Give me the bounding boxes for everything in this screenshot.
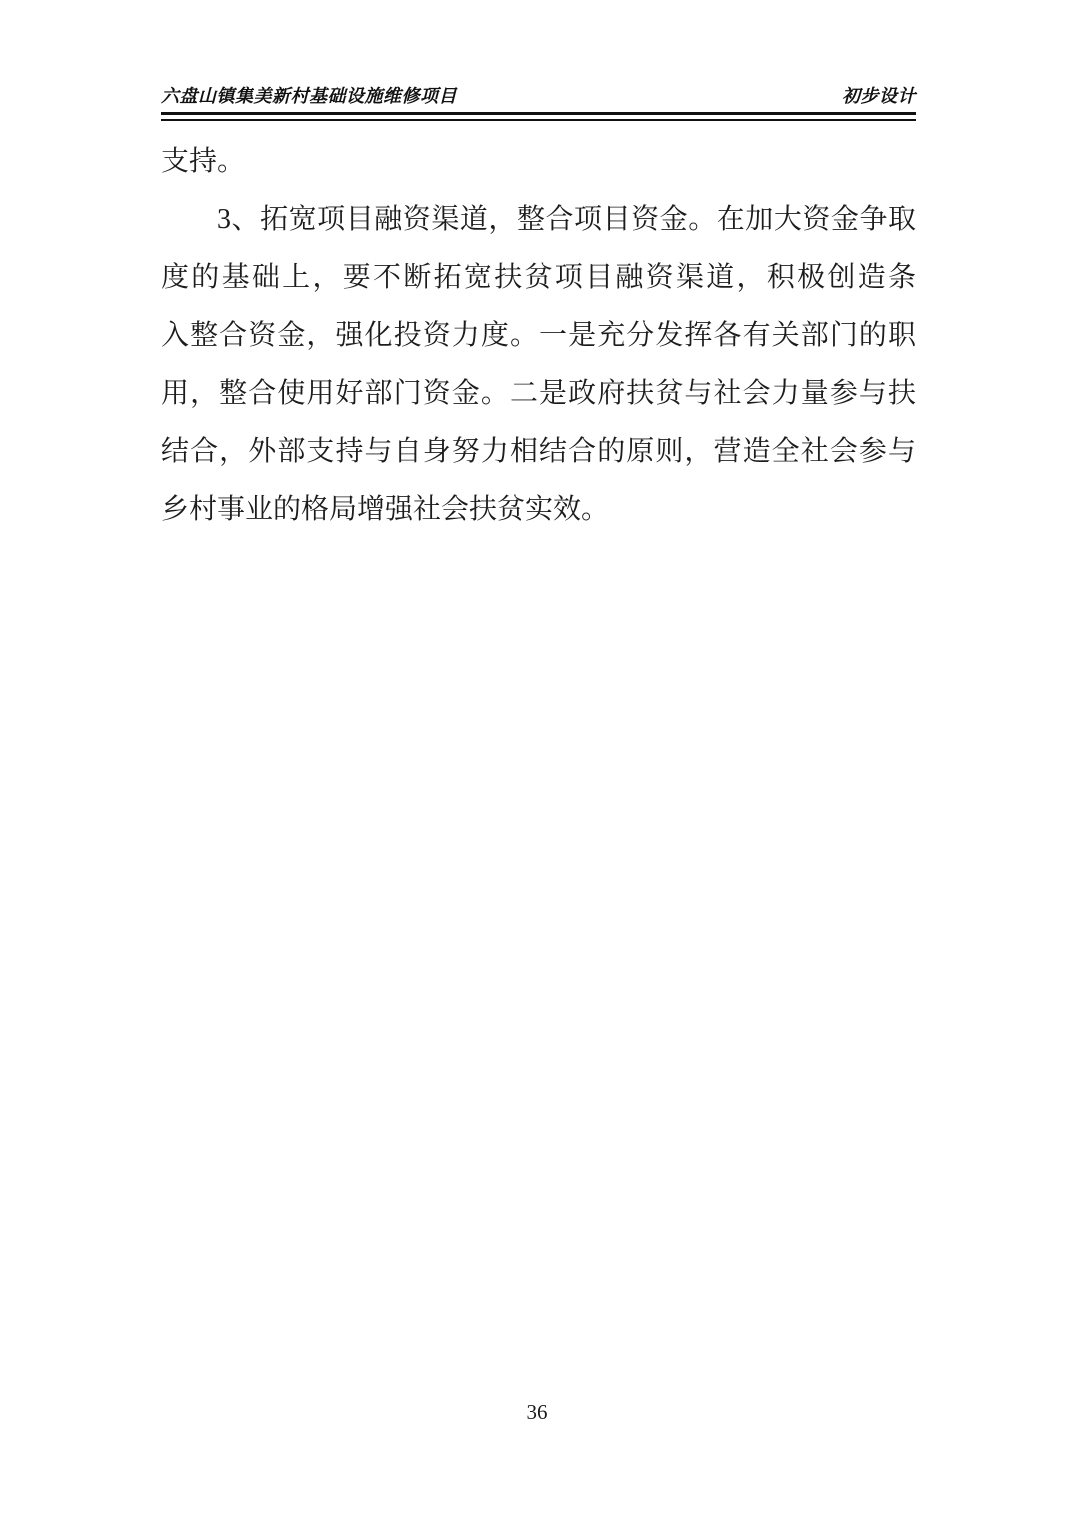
body-line: 用，整合使用好部门资金。二是政府扶贫与社会力量参与扶贫相: [161, 365, 916, 423]
body-line: 支持。: [161, 133, 916, 191]
body-line: 结合，外部支持与自身努力相结合的原则，营造全社会参与美丽: [161, 423, 916, 481]
header-doc-stage-label: 初步设计: [842, 82, 916, 108]
header-project-title: 六盘山镇集美新村基础设施维修项目: [161, 82, 457, 108]
body-text-block: 支持。 3、拓宽项目融资渠道，整合项目资金。在加大资金争取力 度的基础上，要不断…: [161, 133, 916, 539]
body-line: 3、拓宽项目融资渠道，整合项目资金。在加大资金争取力: [161, 191, 916, 249]
body-line: 度的基础上，要不断拓宽扶贫项目融资渠道，积极创造条件，引: [161, 249, 916, 307]
body-line: 乡村事业的格局增强社会扶贫实效。: [161, 481, 916, 539]
document-page: 六盘山镇集美新村基础设施维修项目 初步设计 支持。 3、拓宽项目融资渠道，整合项…: [0, 0, 1074, 1520]
page-header: 六盘山镇集美新村基础设施维修项目 初步设计: [161, 82, 916, 108]
header-double-rule: [161, 112, 916, 121]
page-number: 36: [0, 1398, 1074, 1426]
body-line: 入整合资金，强化投资力度。一是充分发挥各有关部门的职能作: [161, 307, 916, 365]
